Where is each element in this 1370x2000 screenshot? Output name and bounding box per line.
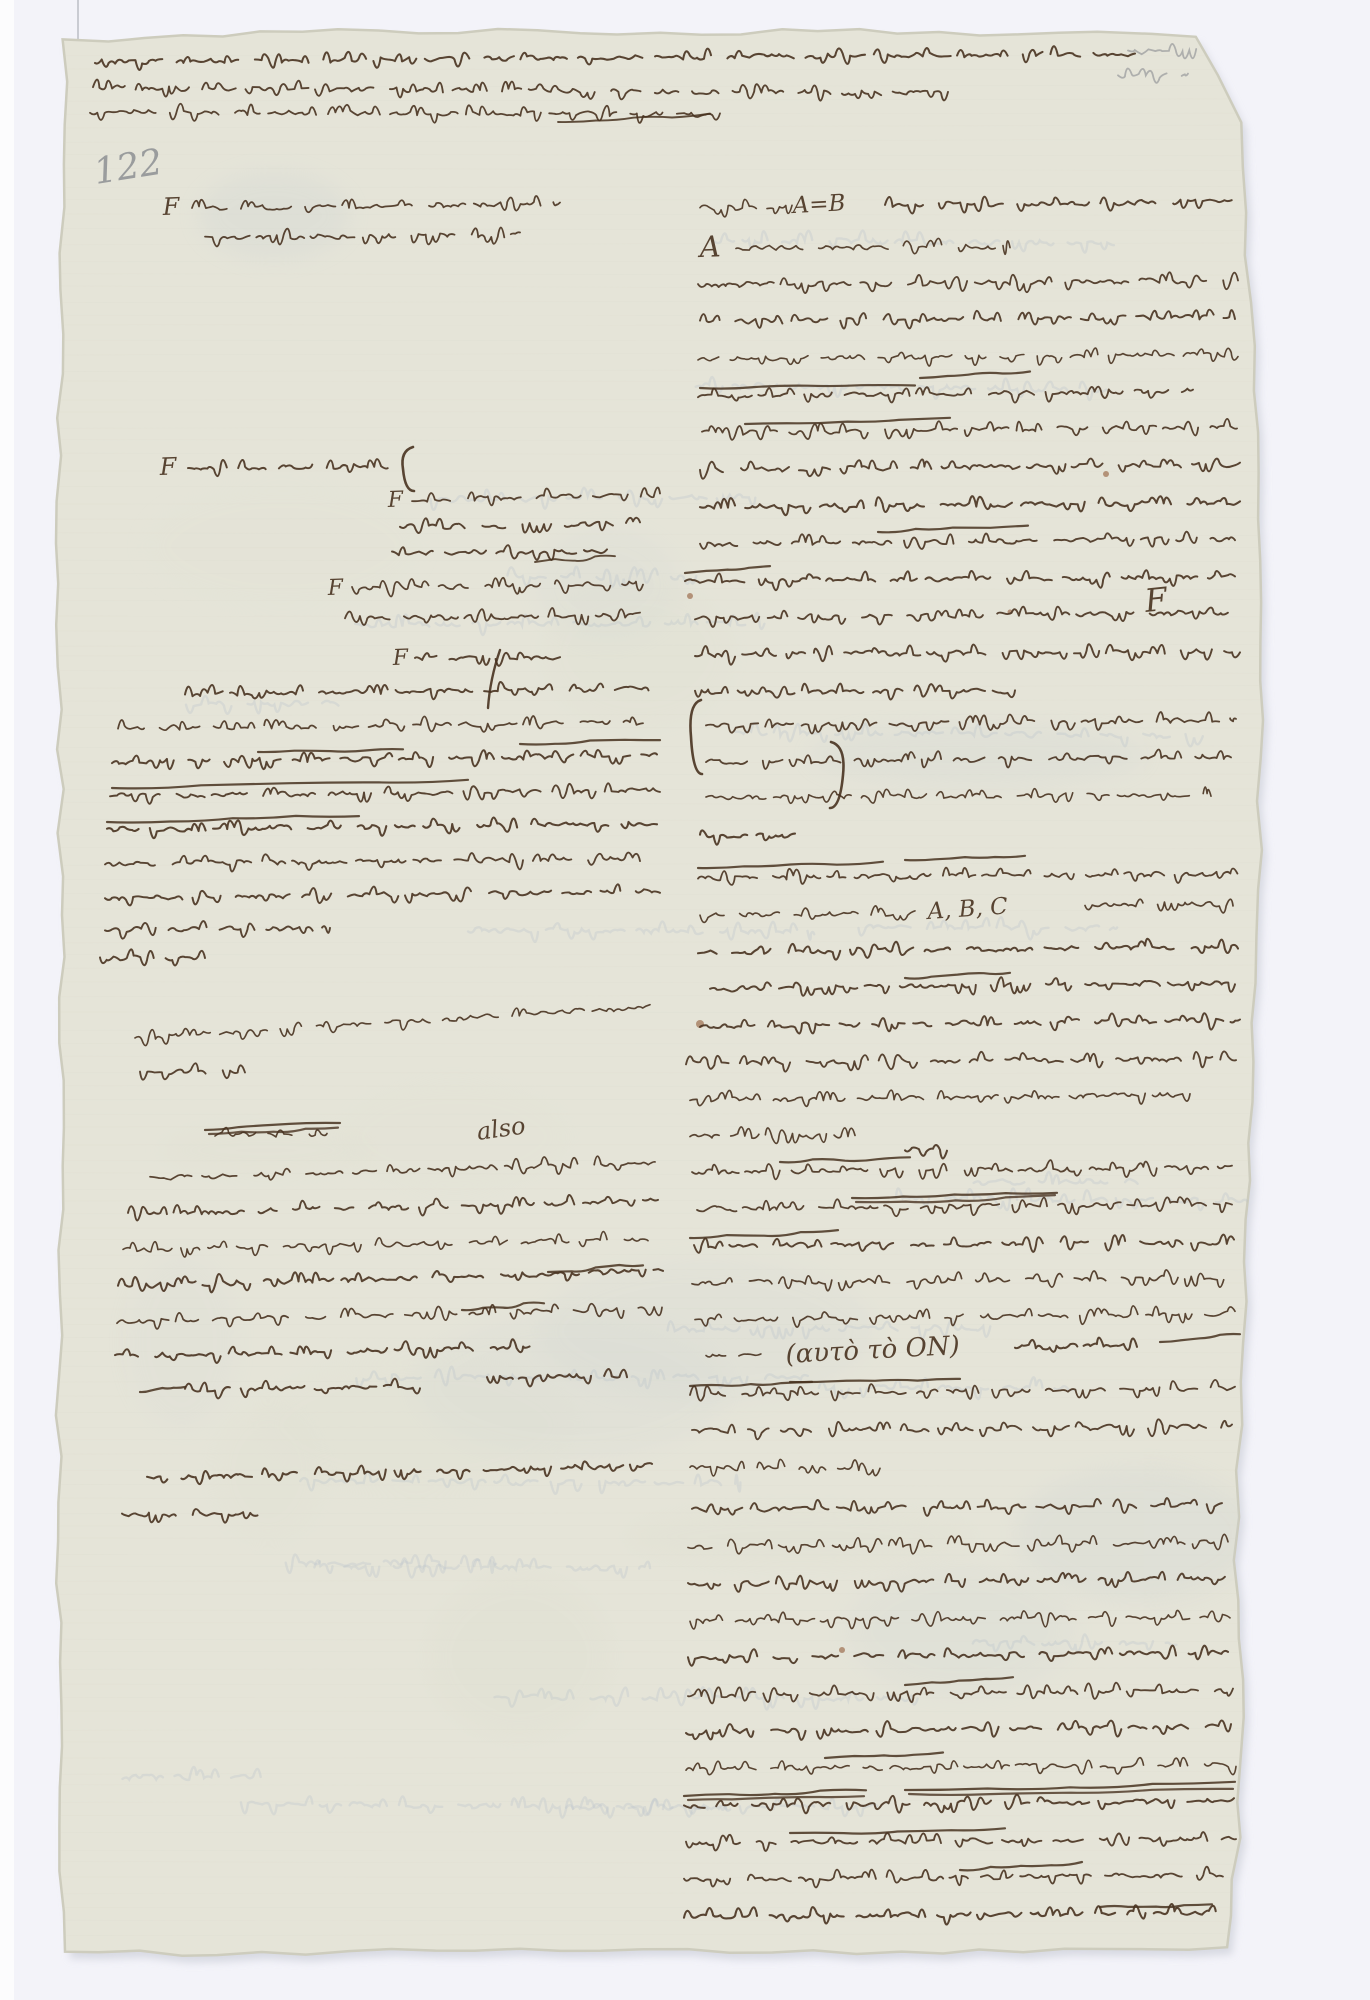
scanner-edge-strip bbox=[0, 0, 14, 2000]
paragraph-f-mark: F bbox=[158, 452, 178, 481]
paper-sheet bbox=[56, 29, 1263, 1956]
fox-spot bbox=[687, 593, 693, 599]
paragraph-f-mark: F bbox=[326, 575, 344, 601]
scan-background: 68122A=BAA, B, C(αυτὸ τὸ ΟΝ)FFFFFFalso bbox=[0, 0, 1370, 2000]
paper-mottle-patch bbox=[625, 1506, 975, 1567]
paper-shape bbox=[56, 29, 1263, 1956]
paper-mottle-patch bbox=[427, 1574, 612, 1739]
paper-mottle-patch bbox=[337, 1079, 571, 1195]
fox-spot bbox=[839, 1647, 845, 1653]
paragraph-f-mark: F bbox=[161, 192, 181, 221]
paper-mottle-patch bbox=[414, 1314, 727, 1459]
paragraph-f-mark: F bbox=[386, 487, 404, 513]
letter-a-fragment: A bbox=[696, 229, 721, 264]
equation-fragment: A=B bbox=[790, 190, 846, 219]
paper-mottle-patch bbox=[198, 171, 350, 260]
manuscript-scan: 68122A=BAA, B, C(αυτὸ τὸ ΟΝ)FFFFFFalso bbox=[0, 0, 1370, 2000]
paper-mottle-patch bbox=[542, 581, 735, 729]
paragraph-f-mark: F bbox=[391, 645, 409, 671]
fox-spot bbox=[1103, 471, 1109, 477]
paper-mottle-patch bbox=[144, 483, 422, 609]
laid-line bbox=[55, 486, 1265, 487]
laid-line bbox=[55, 261, 1265, 262]
